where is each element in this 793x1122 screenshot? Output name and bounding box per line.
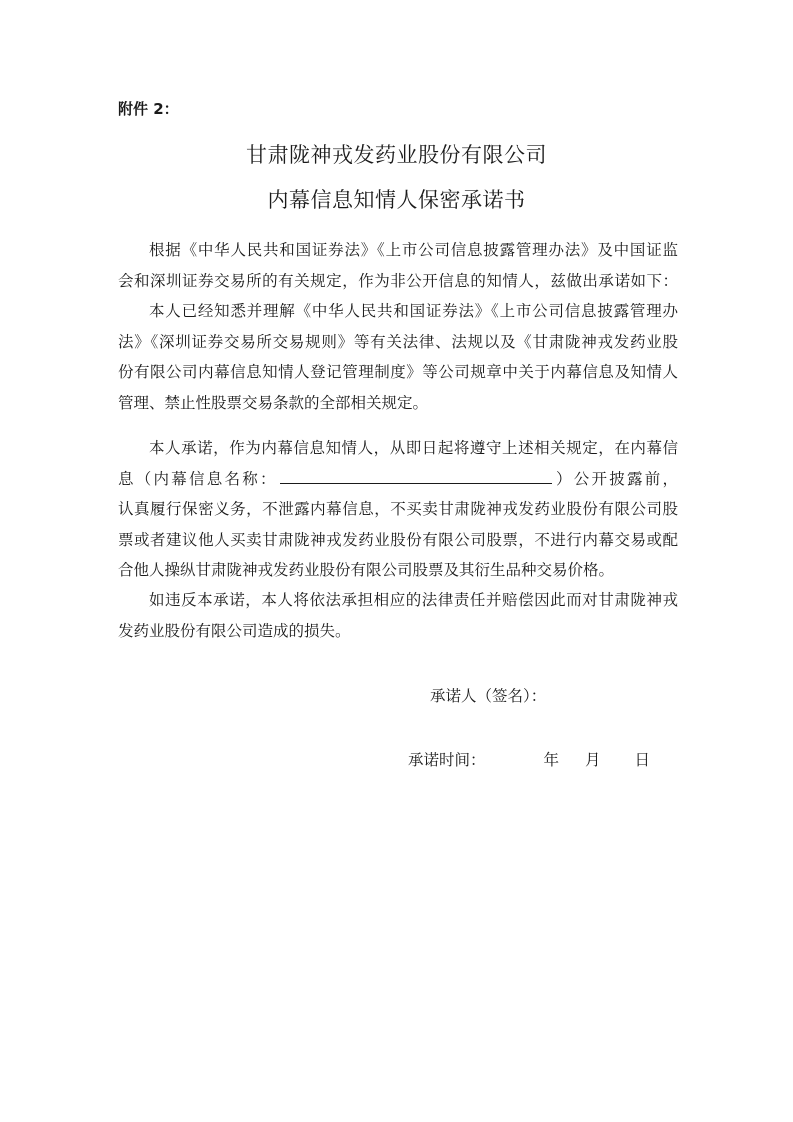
blank-suffix: ）公开披露前， (554, 470, 678, 488)
month-label: 月 (585, 751, 601, 769)
text-line: 份有限公司内幕信息知情人登记管理制度》等公司规章中关于内幕信息及知情人 (118, 357, 678, 388)
signer-label: 承诺人（签名）： (430, 687, 546, 705)
paragraph-acknowledgement: 本人已经知悉并理解《中华人民共和国证券法》《上市公司信息披露管理办 法》《深圳证… (118, 296, 678, 418)
attachment-label: 附件 2： (118, 98, 179, 119)
text-line: 会和深圳证券交易所的有关规定，作为非公开信息的知情人，兹做出承诺如下： (118, 266, 678, 297)
blank-prefix: 息（内幕信息名称： (118, 470, 278, 488)
insider-info-name-line: 息（内幕信息名称：）公开披露前， (118, 464, 678, 495)
commitment-date-field[interactable]: 承诺时间：年月日 (408, 748, 650, 770)
document-title: 内幕信息知情人保密承诺书 (0, 184, 793, 214)
text-line: 发药业股份有限公司造成的损失。 (118, 616, 678, 647)
text-line: 合他人操纵甘肃陇神戎发药业股份有限公司股票及其衍生品种交易价格。 (118, 555, 678, 586)
paragraph-legal-basis: 根据《中华人民共和国证券法》《上市公司信息披露管理办法》及中国证监 会和深圳证券… (118, 235, 678, 296)
signer-signature-field[interactable]: 承诺人（签名）： (430, 684, 546, 706)
text-line: 管理、禁止性股票交易条款的全部相关规定。 (118, 388, 678, 419)
text-line: 如违反本承诺，本人将依法承担相应的法律责任并赔偿因此而对甘肃陇神戎 (118, 585, 678, 616)
text-line: 法》《深圳证券交易所交易规则》等有关法律、法规以及《甘肃陇神戎发药业股 (118, 327, 678, 358)
text-line: 票或者建议他人买卖甘肃陇神戎发药业股份有限公司股票，不进行内幕交易或配 (118, 525, 678, 556)
text-line: 本人已经知悉并理解《中华人民共和国证券法》《上市公司信息披露管理办 (118, 296, 678, 327)
text-line: 认真履行保密义务，不泄露内幕信息，不买卖甘肃陇神戎发药业股份有限公司股 (118, 494, 678, 525)
insider-info-name-field[interactable] (280, 469, 552, 484)
company-title: 甘肃陇神戎发药业股份有限公司 (0, 139, 793, 169)
text-line: 本人承诺，作为内幕信息知情人，从即日起将遵守上述相关规定，在内幕信 (118, 433, 678, 464)
paragraph-commitment: 本人承诺，作为内幕信息知情人，从即日起将遵守上述相关规定，在内幕信 息（内幕信息… (118, 433, 678, 586)
day-label: 日 (635, 751, 651, 769)
text-line: 根据《中华人民共和国证券法》《上市公司信息披露管理办法》及中国证监 (118, 235, 678, 266)
date-label: 承诺时间： (408, 751, 486, 769)
year-label: 年 (544, 751, 560, 769)
paragraph-liability: 如违反本承诺，本人将依法承担相应的法律责任并赔偿因此而对甘肃陇神戎 发药业股份有… (118, 585, 678, 646)
